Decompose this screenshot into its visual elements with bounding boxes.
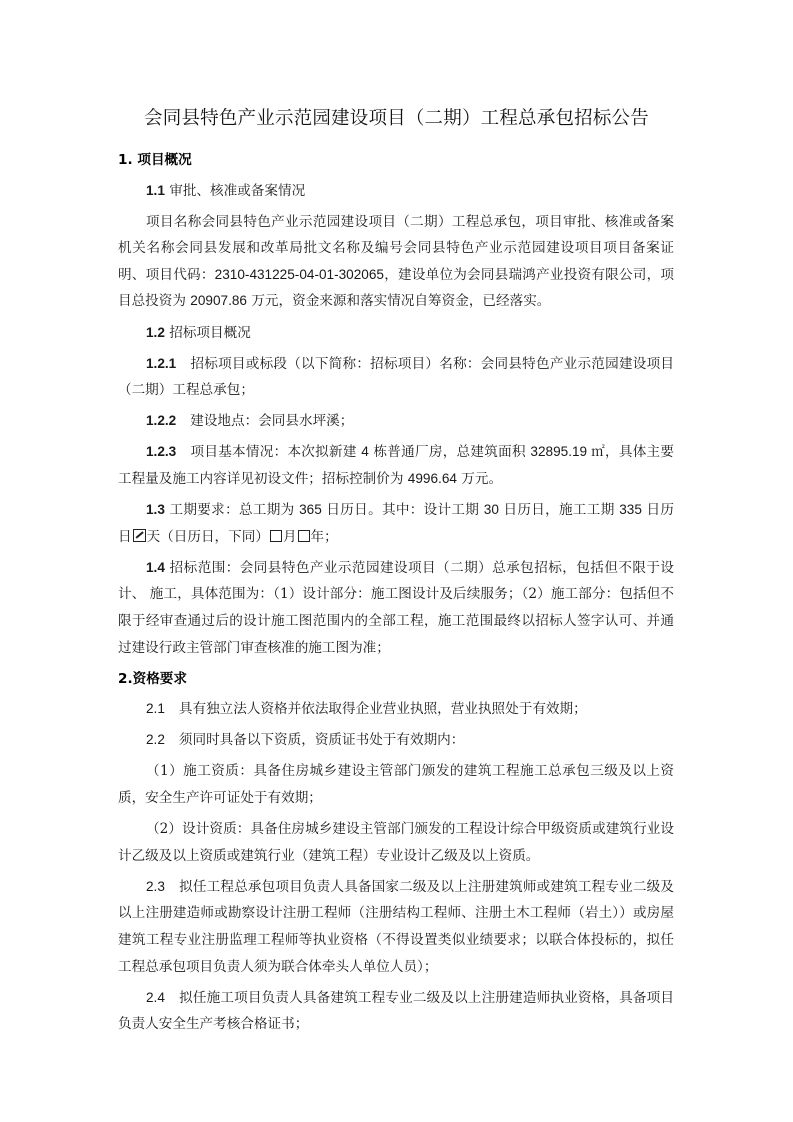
paragraph-2-4: 2.4拟任施工项目负责人具备建筑工程专业二级及以上注册建造师执业资格，具备项目负… [118,985,674,1038]
document-title: 会同县特色产业示范园建设项目（二期）工程总承包招标公告 [0,104,793,130]
paragraph-design-qualification: （2）设计资质：具备住房城乡建设主管部门颁发的工程设计综合甲级资质或建筑行业设计… [118,816,674,869]
checkbox-empty-icon [298,530,310,542]
paragraph-2-1: 2.1具有独立法人资格并依法取得企业营业执照，营业执照处于有效期； [118,696,674,723]
paragraph-1-3: 1.3 工期要求：总工期为 365 日历日。其中：设计工期 30 日历日，施工工… [118,497,674,550]
section-heading-overview: 1. 项目概况 [118,147,674,174]
building-area: 32895.19 ㎡ [530,444,605,459]
document-body: 1. 项目概况 1.1 审批、核准或备案情况 项目名称会同县特色产业示范园建设项… [118,147,674,1042]
document-page: 会同县特色产业示范园建设项目（二期）工程总承包招标公告 1. 项目概况 1.1 … [0,0,793,1122]
paragraph-construction-qualification: （1）施工资质：具备住房城乡建设主管部门颁发的建筑工程施工总承包三级及以上资质，… [118,758,674,811]
paragraph-1-2-1: 1.2.1招标项目或标段（以下简称：招标项目）名称：会同县特色产业示范园建设项目… [118,351,674,404]
total-investment: 20907.86 [190,293,247,308]
paragraph-approval-details: 项目名称会同县特色产业示范园建设项目（二期）工程总承包，项目审批、核准或备案机关… [118,209,674,315]
paragraph-1-4: 1.4 招标范围：会同县特色产业示范园建设项目（二期）总承包招标，包括但不限于设… [118,555,674,661]
paragraph-1-1: 1.1 审批、核准或备案情况 [118,178,674,205]
paragraph-1-2: 1.2 招标项目概况 [118,320,674,347]
section-heading-qualifications: 2.资格要求 [118,666,674,693]
paragraph-1-2-3: 1.2.3项目基本情况：本次拟新建 4 栋普通厂房，总建筑面积 32895.19… [118,439,674,492]
control-price: 4996.64 [408,471,457,486]
project-code: 2310-431225-04-01-302065 [215,267,384,282]
paragraph-2-2: 2.2须同时具备以下资质，资质证书处于有效期内： [118,727,674,754]
checkbox-empty-icon [270,530,282,542]
paragraph-1-2-2: 1.2.2建设地点：会同县水坪溪； [118,408,674,435]
checkbox-checked-icon [133,529,146,542]
paragraph-2-3: 2.3拟任工程总承包项目负责人具备国家二级及以上注册建筑师或建筑工程专业二级及以… [118,874,674,980]
